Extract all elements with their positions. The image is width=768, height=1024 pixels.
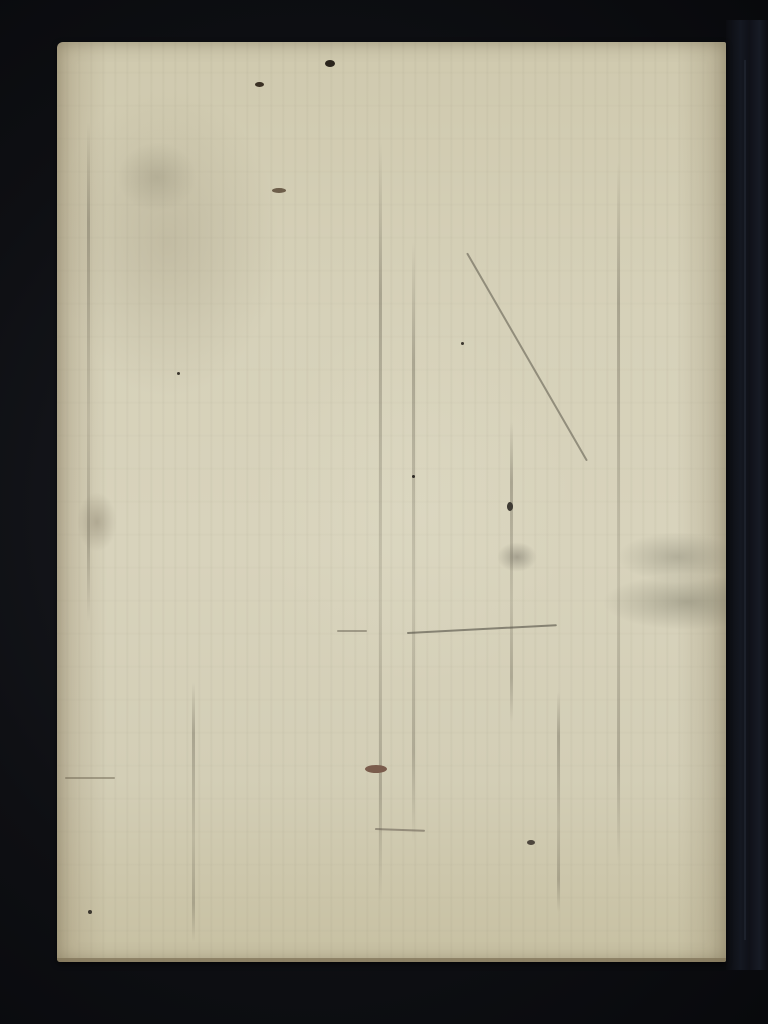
dark-spot [88, 910, 92, 914]
vertical-stain-streak [510, 422, 513, 722]
dark-spot [412, 475, 415, 478]
photo-scene [0, 0, 768, 1024]
vertical-stain-streak [617, 162, 620, 862]
scratch-mark [407, 624, 557, 634]
stain [77, 492, 117, 552]
book-spine-shadow [726, 20, 768, 970]
vertical-stain-streak [379, 142, 382, 902]
stain [617, 532, 726, 582]
book-spine-edge [744, 60, 746, 940]
stain [117, 142, 197, 212]
dark-spot [461, 342, 464, 345]
aged-book-board [57, 42, 726, 962]
stain [497, 542, 537, 572]
dark-spot [272, 188, 286, 193]
dark-spot [365, 765, 387, 773]
dark-spot [527, 840, 535, 845]
scratch-mark [337, 630, 367, 632]
vertical-stain-streak [412, 242, 415, 842]
scratch-mark [466, 253, 588, 462]
dark-spot [177, 372, 180, 375]
dark-spot [507, 502, 513, 511]
vertical-stain-streak [87, 122, 90, 622]
vertical-stain-streak [557, 692, 560, 912]
scratch-mark [375, 828, 425, 832]
vertical-stain-streak [192, 682, 195, 942]
dark-spot [255, 82, 264, 87]
board-bottom-edge [57, 958, 726, 962]
scratch-mark [65, 777, 115, 779]
dark-spot [325, 60, 335, 67]
